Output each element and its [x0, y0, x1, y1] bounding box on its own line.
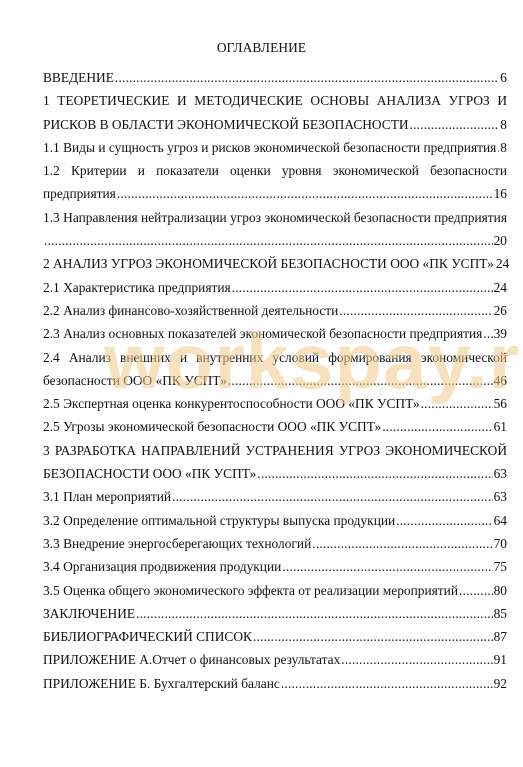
toc-entry-appendix-a[interactable]: ПРИЛОЖЕНИЕ А.Отчет о финансовых результа… [43, 648, 507, 671]
toc-page-number: 56 [494, 392, 507, 415]
dot-leader [282, 555, 492, 578]
toc-entry-s1-1[interactable]: 1.1 Виды и сущность угроз и рисков эконо… [43, 136, 507, 159]
toc-page-number: 39 [494, 322, 507, 345]
toc-page-number: 6 [500, 66, 507, 89]
toc-entry-text: 3.5 Оценка общего экономического эффекта… [43, 579, 458, 602]
toc-entry-s2-2[interactable]: 2.2 Анализ финансово-хозяйственной деяте… [43, 299, 507, 322]
toc-entry-text: 1.1 Виды и сущность угроз и рисков эконо… [43, 136, 496, 159]
toc-entry-text: 3.3 Внедрение энергосберегающих технолог… [43, 532, 311, 555]
toc-entry-intro[interactable]: ВВЕДЕНИЕ6 [43, 66, 507, 89]
toc-line: ПРИЛОЖЕНИЕ А.Отчет о финансовых результа… [43, 648, 507, 671]
toc-page-number: 8 [500, 113, 507, 136]
toc-entry-s1-2[interactable]: 1.2 Критерии и показатели оценки уровня … [43, 159, 507, 206]
toc-entry-text: 3.1 План мероприятий [43, 485, 171, 508]
toc-line: БЕЗОПАСНОСТИ ООО «ПК УСПТ»63 [43, 462, 507, 485]
dot-leader [421, 392, 493, 415]
toc-line: ВВЕДЕНИЕ6 [43, 66, 507, 89]
toc-entry-s3-3[interactable]: 3.3 Внедрение энергосберегающих технолог… [43, 532, 507, 555]
toc-line: 1 ТЕОРЕТИЧЕСКИЕ И МЕТОДИЧЕСКИЕ ОСНОВЫ АН… [43, 89, 507, 112]
toc-line: 1.1 Виды и сущность угроз и рисков эконо… [43, 136, 507, 159]
toc-page-number: 64 [494, 509, 507, 532]
toc-entry-s2-5a[interactable]: 2.5 Экспертная оценка конкурентоспособно… [43, 392, 507, 415]
toc-page-number: 91 [494, 648, 507, 671]
toc-page-number: 61 [494, 415, 507, 438]
toc-entry-text: 3.2 Определение оптимальной структуры вы… [43, 509, 395, 532]
toc-line: 2.1 Характеристика предприятия24 [43, 276, 507, 299]
toc-line: РИСКОВ В ОБЛАСТИ ЭКОНОМИЧЕСКОЙ БЕЗОПАСНО… [43, 113, 507, 136]
toc-entry-bibliography[interactable]: БИБЛИОГРАФИЧЕСКИЙ СПИСОК87 [43, 625, 507, 648]
dot-leader [497, 136, 499, 159]
toc-line: ПРИЛОЖЕНИЕ Б. Бухгалтерский баланс92 [43, 672, 507, 695]
toc-page-number: 85 [494, 602, 507, 625]
toc-entry-text: ЗАКЛЮЧЕНИЕ [43, 602, 135, 625]
toc-line: 2.3 Анализ основных показателей экономич… [43, 322, 507, 345]
toc-entry-text: ПРИЛОЖЕНИЕ Б. Бухгалтерский баланс [43, 672, 280, 695]
toc-line: 2.4 Анализ внешних и внутренних условий … [43, 346, 507, 369]
dot-leader [281, 672, 493, 695]
toc-title: ОГЛАВЛЕНИЕ [0, 40, 523, 56]
toc-line: 2.5 Угрозы экономической безопасности ОО… [43, 415, 507, 438]
toc-line: 2.5 Экспертная оценка конкурентоспособно… [43, 392, 507, 415]
toc-line: 1.3 Направления нейтрализации угроз экон… [43, 206, 507, 229]
toc-page-number: 20 [494, 229, 507, 252]
toc-page-number: 24 [496, 252, 509, 275]
dot-leader [117, 182, 493, 205]
toc-entry-text: БИБЛИОГРАФИЧЕСКИЙ СПИСОК [43, 625, 252, 648]
toc-page-number: 87 [494, 625, 507, 648]
dot-leader [228, 369, 493, 392]
toc-entry-text: ПРИЛОЖЕНИЕ А.Отчет о финансовых результа… [43, 648, 340, 671]
toc-entry-text: безопасности ООО «ПК УСПТ» [43, 369, 227, 392]
dot-leader [341, 648, 492, 671]
toc-entry-text: 2.1 Характеристика предприятия [43, 276, 231, 299]
dot-leader [339, 299, 492, 322]
toc-page-number: 26 [494, 299, 507, 322]
toc-entry-text: 2.5 Угрозы экономической безопасности ОО… [43, 415, 381, 438]
toc-line: 2.2 Анализ финансово-хозяйственной деяте… [43, 299, 507, 322]
dot-leader [136, 602, 493, 625]
toc-line: 3.4 Организация продвижения продукции75 [43, 555, 507, 578]
toc-page-number: 16 [494, 182, 507, 205]
toc-line: 3 РАЗРАБОТКА НАПРАВЛЕНИЙ УСТРАНЕНИЯ УГРО… [43, 439, 507, 462]
toc-line: 3.3 Внедрение энергосберегающих технолог… [43, 532, 507, 555]
toc-entry-s3-4[interactable]: 3.4 Организация продвижения продукции75 [43, 555, 507, 578]
toc-page-number: 75 [494, 555, 507, 578]
dot-leader [483, 322, 492, 345]
toc-line: 3.5 Оценка общего экономического эффекта… [43, 579, 507, 602]
toc-page-number: 46 [494, 369, 507, 392]
table-of-contents: ВВЕДЕНИЕ61 ТЕОРЕТИЧЕСКИЕ И МЕТОДИЧЕСКИЕ … [43, 66, 507, 695]
toc-entry-appendix-b[interactable]: ПРИЛОЖЕНИЕ Б. Бухгалтерский баланс92 [43, 672, 507, 695]
toc-entry-ch3[interactable]: 3 РАЗРАБОТКА НАПРАВЛЕНИЙ УСТРАНЕНИЯ УГРО… [43, 439, 507, 486]
dot-leader [253, 625, 493, 648]
toc-entry-text: 2.3 Анализ основных показателей экономич… [43, 322, 482, 345]
toc-page-number: 63 [494, 485, 507, 508]
dot-leader [257, 462, 492, 485]
toc-line: 3.1 План мероприятий63 [43, 485, 507, 508]
toc-page-number: 80 [494, 579, 507, 602]
toc-entry-text: предприятия [43, 182, 116, 205]
toc-line: БИБЛИОГРАФИЧЕСКИЙ СПИСОК87 [43, 625, 507, 648]
toc-entry-conclusion[interactable]: ЗАКЛЮЧЕНИЕ85 [43, 602, 507, 625]
toc-entry-text: БЕЗОПАСНОСТИ ООО «ПК УСПТ» [43, 462, 256, 485]
dot-leader [172, 485, 493, 508]
toc-entry-text: 2.5 Экспертная оценка конкурентоспособно… [43, 392, 420, 415]
toc-line: ЗАКЛЮЧЕНИЕ85 [43, 602, 507, 625]
toc-entry-s2-5b[interactable]: 2.5 Угрозы экономической безопасности ОО… [43, 415, 507, 438]
dot-leader [410, 113, 500, 136]
toc-entry-ch2[interactable]: 2 АНАЛИЗ УГРОЗ ЭКОНОМИЧЕСКОЙ БЕЗОПАСНОСТ… [43, 252, 507, 275]
toc-line: предприятия16 [43, 182, 507, 205]
toc-page-number: 24 [494, 276, 507, 299]
dot-leader [115, 66, 499, 89]
toc-entry-ch1[interactable]: 1 ТЕОРЕТИЧЕСКИЕ И МЕТОДИЧЕСКИЕ ОСНОВЫ АН… [43, 89, 507, 136]
toc-entry-text: РИСКОВ В ОБЛАСТИ ЭКОНОМИЧЕСКОЙ БЕЗОПАСНО… [43, 113, 409, 136]
toc-entry-text: ВВЕДЕНИЕ [43, 66, 114, 89]
toc-entry-s1-3[interactable]: 1.3 Направления нейтрализации угроз экон… [43, 206, 507, 253]
toc-entry-s2-1[interactable]: 2.1 Характеристика предприятия24 [43, 276, 507, 299]
dot-leader [396, 509, 492, 532]
toc-line: безопасности ООО «ПК УСПТ»46 [43, 369, 507, 392]
toc-entry-s3-1[interactable]: 3.1 План мероприятий63 [43, 485, 507, 508]
toc-line: 2 АНАЛИЗ УГРОЗ ЭКОНОМИЧЕСКОЙ БЕЗОПАСНОСТ… [43, 252, 507, 275]
toc-page-number: 8 [500, 136, 507, 159]
toc-entry-s3-2[interactable]: 3.2 Определение оптимальной структуры вы… [43, 509, 507, 532]
toc-line: 20 [43, 229, 507, 252]
toc-entry-text: 2.2 Анализ финансово-хозяйственной деяте… [43, 299, 338, 322]
toc-entry-text: 3.4 Организация продвижения продукции [43, 555, 281, 578]
document-page: ОГЛАВЛЕНИЕ ВВЕДЕНИЕ61 ТЕОРЕТИЧЕСКИЕ И МЕ… [0, 0, 523, 767]
toc-page-number: 63 [494, 462, 507, 485]
toc-page-number: 70 [494, 532, 507, 555]
toc-line: 3.2 Определение оптимальной структуры вы… [43, 509, 507, 532]
dot-leader [44, 229, 493, 252]
toc-page-number: 92 [494, 672, 507, 695]
toc-entry-s2-4[interactable]: 2.4 Анализ внешних и внутренних условий … [43, 346, 507, 393]
toc-line: 1.2 Критерии и показатели оценки уровня … [43, 159, 507, 182]
dot-leader [459, 579, 493, 602]
toc-entry-s2-3[interactable]: 2.3 Анализ основных показателей экономич… [43, 322, 507, 345]
toc-entry-s3-5[interactable]: 3.5 Оценка общего экономического эффекта… [43, 579, 507, 602]
dot-leader [382, 415, 492, 438]
toc-entry-text: 2 АНАЛИЗ УГРОЗ ЭКОНОМИЧЕСКОЙ БЕЗОПАСНОСТ… [43, 252, 494, 275]
dot-leader [232, 276, 493, 299]
dot-leader [312, 532, 492, 555]
